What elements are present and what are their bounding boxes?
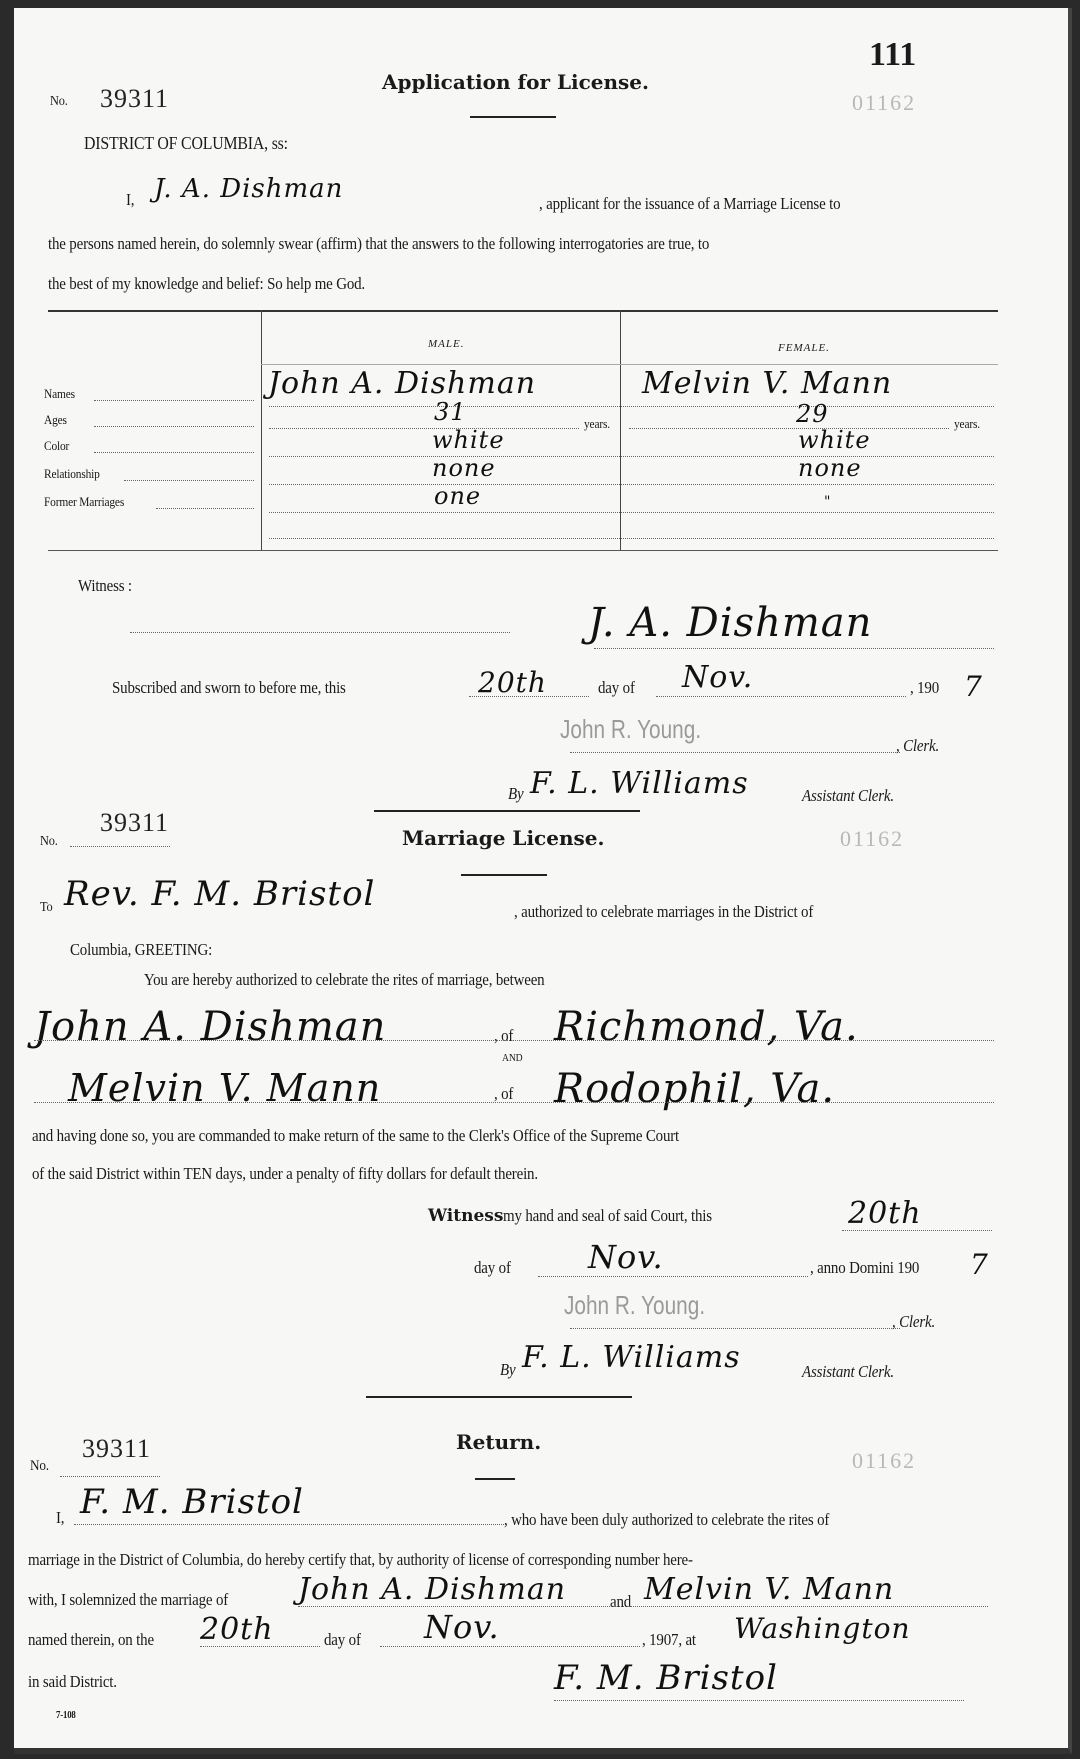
return-and: and [610,1592,631,1612]
officiant-name: Rev. F. M. Bristol [64,874,375,914]
oath-line-1: , applicant for the issuance of a Marria… [539,194,840,214]
table-bottom-rule [48,550,998,551]
return-party2: Melvin V. Mann [644,1572,894,1607]
row-label-names: Names [44,386,75,402]
page-number: 111 [869,36,916,74]
party2-place: Rodophil, Va. [554,1066,835,1112]
title-rule [475,1478,515,1480]
license-clerk-label: , Clerk. [892,1312,935,1332]
row-label-color: Color [44,438,69,454]
marriage-license-document: 111 No. 39311 Application for License. 0… [14,8,1072,1754]
party1-of: , of [494,1026,513,1046]
and-label: AND [502,1052,522,1064]
license-no-label: No. [40,834,58,850]
anno-domini: , anno Domini 190 [810,1258,919,1278]
party1-name: John A. Dishman [34,1004,386,1050]
greeting: Columbia, GREETING: [70,940,212,960]
female-name: Melvin V. Mann [642,366,892,401]
male-age: 31 [434,398,467,426]
license-year-suffix: 7 [970,1248,989,1281]
oath-prefix: I, [126,190,134,210]
return-place: Washington [734,1612,911,1645]
oath-line-2: the persons named herein, do solemnly sw… [48,234,709,254]
return-party1: John A. Dishman [298,1572,566,1607]
female-color: white [798,426,871,454]
return-signature: F. M. Bristol [554,1658,778,1698]
male-name: John A. Dishman [268,366,536,401]
title-rule [470,116,556,118]
sworn-text: Subscribed and sworn to before me, this [112,678,346,698]
party2-name: Melvin V. Mann [68,1066,381,1110]
female-age: 29 [796,400,829,428]
command-line-2: of the said District within TEN days, un… [32,1164,538,1184]
command-line-1: and having done so, you are commanded to… [32,1126,679,1146]
sworn-day: 20th [478,666,547,699]
return-month: Nov. [424,1608,500,1646]
return-title: Return. [456,1430,541,1454]
application-title: Application for License. [382,70,649,94]
return-line-3: with, I solemnized the marriage of [28,1590,228,1610]
male-color: white [432,426,505,454]
return-line-2: marriage in the District of Columbia, do… [28,1550,693,1570]
table-top-rule [48,310,998,312]
return-faded-stamp: 01162 [852,1448,916,1474]
by-label: By [508,784,523,804]
return-number: 39311 [82,1434,151,1464]
license-faded-stamp: 01162 [840,826,904,852]
return-line-5: in said District. [28,1672,117,1692]
section-divider-1 [374,810,640,812]
return-day: 20th [200,1612,274,1647]
sworn-month: Nov. [682,660,753,695]
female-age-suffix: years. [954,416,980,432]
license-day-of: day of [474,1258,511,1278]
clerk-label: , Clerk. [896,736,939,756]
application-faded-stamp: 01162 [852,90,916,116]
table-header-rule [261,364,998,365]
female-relationship: none [798,454,862,482]
license-assistant-label: Assistant Clerk. [802,1362,894,1382]
male-relationship: none [432,454,496,482]
clerk-stamp: John R. Young. [560,714,701,745]
applicant-signature-line [594,648,994,649]
license-assistant-signature: F. L. Williams [522,1340,741,1375]
male-age-suffix: years. [584,416,610,432]
witness-text: my hand and seal of said Court, this [503,1206,712,1226]
sworn-year: , 190 [910,678,939,698]
license-title: Marriage License. [402,826,604,850]
section-divider-2 [366,1396,632,1398]
female-former-marriages: " [824,494,831,510]
party2-of: , of [494,1084,513,1104]
license-clerk-stamp: John R. Young. [564,1290,705,1321]
to-label: To [40,900,52,916]
party1-place: Richmond, Va. [554,1004,859,1050]
application-no-label: No. [50,94,68,110]
district-heading: DISTRICT OF COLUMBIA, ss: [84,133,288,154]
sworn-day-of: day of [598,678,635,698]
license-month: Nov. [588,1238,664,1276]
assistant-clerk-label: Assistant Clerk. [802,786,894,806]
return-day-of: day of [324,1630,361,1650]
applicant-signature: J. A. Dishman [588,600,872,646]
witness-clause: Witness my hand and seal of said Court, … [428,1206,741,1226]
license-witness-day: 20th [848,1196,922,1231]
witness-signature-line [130,632,510,633]
return-prefix: I, [56,1508,64,1528]
assistant-clerk-signature: F. L. Williams [530,766,749,801]
female-column-header: FEMALE. [778,342,830,354]
witness-label: Witness : [78,576,132,596]
authorized-text: , authorized to celebrate marriages in t… [514,902,813,922]
return-line-1: , who have been duly authorized to celeb… [504,1510,829,1530]
return-year: , 1907, at [642,1630,696,1650]
form-code: 7-108 [56,1710,76,1721]
return-officiant: F. M. Bristol [80,1482,304,1522]
male-former-marriages: one [434,482,481,510]
applicant-name-handwritten: J. A. Dishman [154,174,343,204]
row-label-relationship: Relationship [44,466,100,482]
application-number: 39311 [100,84,169,114]
table-divider-left [261,310,262,550]
oath-line-3: the best of my knowledge and belief: So … [48,274,365,294]
sworn-year-suffix: 7 [964,670,983,703]
license-by-label: By [500,1360,515,1380]
male-column-header: MALE. [428,338,464,350]
row-label-ages: Ages [44,412,67,428]
return-line-4: named therein, on the [28,1630,154,1650]
return-no-label: No. [30,1458,49,1475]
table-divider-mid [620,310,621,550]
title-rule [461,874,547,876]
row-label-former-marriages: Former Marriages [44,494,124,510]
hereby-text: You are hereby authorized to celebrate t… [144,970,544,990]
license-number: 39311 [100,808,169,838]
witness-word: Witness [428,1206,503,1226]
